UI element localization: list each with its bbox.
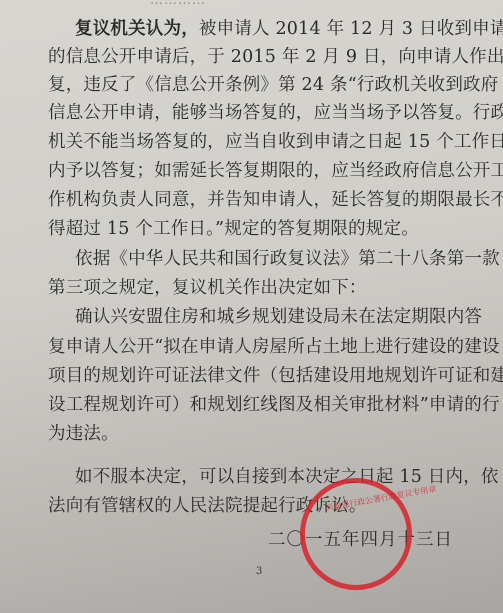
page-number: 3: [256, 566, 262, 577]
official-red-seal: 兴安盟行政公署行政复议专用章: [300, 478, 412, 590]
paragraph-1-line-4: 信息公开申请，能够当场答复的，应当当场予以答复。行政: [48, 102, 458, 124]
seal-arc-text-area: 兴安盟行政公署行政复议专用章: [313, 491, 399, 577]
paragraph-3-line-4: 设工程规划许可）和规划红线图及相关审批材料”申请的行: [48, 394, 458, 416]
paragraph-1-line-2: 的信息公开申请后，于 2015 年 2 月 9 日，向申请人作出答: [48, 46, 458, 68]
paragraph-2-line-1: 依据《中华人民共和国行政复议法》第二十八条第一款: [75, 248, 458, 270]
paragraph-1-line-1: 复议机关认为，被申请人 2014 年 12 月 3 日收到申请人: [75, 18, 458, 40]
bold-lead: 复议机关认为，: [75, 19, 199, 39]
paragraph-3-line-1: 确认兴安盟住房和城乡规划建设局未在法定期限内答: [75, 306, 458, 328]
paragraph-1-line-8: 得超过 15 个工作日。”规定的答复期限的规定。: [48, 218, 458, 240]
paragraph-2-line-2: 第三项之规定，复议机关作出决定如下：: [48, 277, 458, 299]
paragraph-1-line-6: 内予以答复；如需延长答复期限的，应当经政府信息公开工: [48, 160, 458, 182]
cut-off-header-line: …………: [150, 0, 320, 5]
document-page: ………… 复议机关认为，被申请人 2014 年 12 月 3 日收到申请人 的信…: [0, 0, 503, 613]
paragraph-1-line-3: 复，违反了《信息公开条例》第 24 条“行政机关收到政府: [48, 74, 458, 96]
paragraph-1-line-7: 作机构负责人同意，并告知申请人，延长答复的期限最长不: [48, 189, 458, 211]
paragraph-1-line-5: 机关不能当场答复的，应当自收到申请之日起 15 个工作日: [48, 131, 458, 153]
paragraph-3-line-5: 为违法。: [48, 423, 458, 445]
paragraph-4-line-1: 如不服本决定，可以自接到本决定之日起 15 日内，依: [75, 466, 458, 488]
paragraph-3-line-2: 复申请人公开“拟在申请人房屋所占土地上进行建设的建设: [48, 336, 458, 358]
paragraph-3-line-3: 项目的规划许可证法律文件（包括建设用地规划许可证和建: [48, 365, 458, 387]
